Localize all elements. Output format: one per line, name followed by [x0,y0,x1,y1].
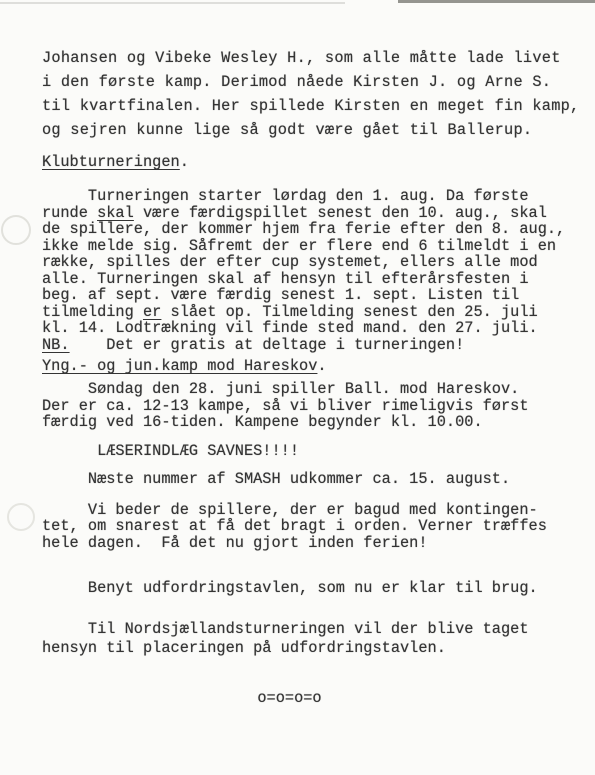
paragraph-intro: Johansen og Vibeke Wesley H., som alle m… [42,46,569,142]
line-laeserindlaeg-savnes: LÆSERINDLÆG SAVNES!!!! [42,443,569,460]
scan-edge-artifact-right [398,0,595,3]
text-line: Til Nordsjællandsturneringen vil der bli… [42,620,569,639]
text-line: tet, om snarest at få det bragt i orden.… [42,518,569,535]
text-line: række, spilles der efter cup systemet, e… [42,254,569,271]
scan-edge-artifact-left [0,2,345,4]
text-line: ikke melde sig. Såfremt der er flere end… [42,238,569,255]
hole-punch-mark [1,215,31,245]
text-line: og sejren kunne lige så godt være gået t… [42,118,569,142]
text-line: de spillere, der kommer hjem fra ferie e… [42,221,569,238]
text-line: kl. 14. Lodtrækning vil finde sted mand.… [42,320,569,337]
text-line: alle. Turneringen skal af hensyn til eft… [42,271,569,288]
text-line: runde skal være færdigspillet senest den… [42,205,569,222]
heading-klubturneringen: Klubturneringen. [42,153,569,171]
text-line: beg. af sept. være færdig senest 1. sept… [42,287,569,304]
text-line: Søndag den 28. juni spiller Ball. mod Ha… [42,381,569,398]
scanned-newsletter-page: Johansen og Vibeke Wesley H., som alle m… [0,0,595,775]
line-udfordringstavlen: Benyt udfordringstavlen, som nu er klar … [42,580,569,597]
heading-yngre-junior-kamp: Yng.- og jun.kamp mod Hareskov. [42,357,569,375]
paragraph-hareskov-kamp: Søndag den 28. juni spiller Ball. mod Ha… [42,381,569,431]
text-line: Vi beder de spillere, der er bagud med k… [42,502,569,519]
line-naeste-nummer: Næste nummer af SMASH udkommer ca. 15. a… [42,471,569,488]
text-line: tilmelding er slået op. Tilmelding senes… [42,304,569,321]
text-line: til kvartfinalen. Her spillede Kirsten e… [42,94,569,118]
text-line: NB. Det er gratis at deltage i turnering… [42,337,569,354]
text-line: hensyn til placeringen på udfordringstav… [42,639,569,658]
text-line: i den første kamp. Derimod nåede Kirsten… [42,70,569,94]
text-line: Der er ca. 12-13 kampe, så vi bliver rim… [42,398,569,415]
text-line: hele dagen. Få det nu gjort inden ferien… [42,535,569,552]
paragraph-klubturneringen: Turneringen starter lørdag den 1. aug. D… [42,188,569,353]
hole-punch-mark [7,503,35,531]
text-line: Turneringen starter lørdag den 1. aug. D… [42,188,569,205]
paragraph-kontingent: Vi beder de spillere, der er bagud med k… [42,502,569,552]
paragraph-nordsjaellandsturneringen: Til Nordsjællandsturneringen vil der bli… [42,620,569,657]
text-line: Johansen og Vibeke Wesley H., som alle m… [42,46,569,70]
text-line: færdig ved 16-tiden. Kampene begynder kl… [42,414,569,431]
divider-ornament: o=o=o=o [26,690,553,707]
